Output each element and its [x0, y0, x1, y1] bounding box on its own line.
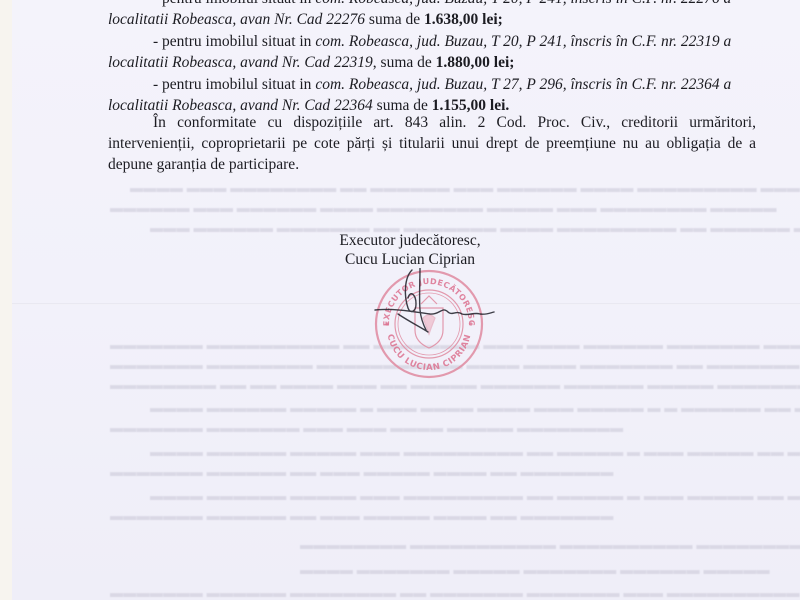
- property-location: com. Robeasca, jud. Buzau, T 20, P 241, …: [315, 0, 731, 7]
- sum-label: , suma de: [373, 54, 436, 71]
- signatory-title: Executor judecătoresc,: [330, 231, 490, 250]
- property-sum: 1.880,00 lei: [436, 54, 510, 71]
- property-intro: - pentru imobilul situat in: [153, 76, 315, 93]
- sum-label: suma de: [365, 11, 424, 28]
- property-location: com. Robeasca, jud. Buzau, T 20, P 241, …: [315, 33, 731, 50]
- punctuation: ;: [509, 54, 514, 71]
- property-location: com. Robeasca, jud. Buzau, T 27, P 296, …: [315, 76, 731, 93]
- property-cadastral: localitatii Robeasca, avan Nr. Cad 22276: [108, 11, 365, 28]
- property-cadastral: localitatii Robeasca, avand Nr. Cad 2231…: [108, 54, 373, 71]
- property-intro: - pentru imobilul situat in: [153, 0, 315, 7]
- signatory-name: Cucu Lucian Ciprian: [330, 250, 490, 269]
- handwritten-signature-icon: [370, 268, 510, 348]
- paragraph-text: În conformitate cu dispozițiile art. 843…: [108, 112, 756, 175]
- property-item-3-line-1: - pentru imobilul situat in com. Robeasc…: [153, 74, 731, 96]
- legal-paragraph: În conformitate cu dispozițiile art. 843…: [108, 112, 756, 175]
- property-item-1-line-2: localitatii Robeasca, avan Nr. Cad 22276…: [108, 9, 503, 31]
- signature-block: Executor judecătoresc, Cucu Lucian Cipri…: [330, 231, 490, 269]
- property-item-2-line-2: localitatii Robeasca, avand Nr. Cad 2231…: [108, 52, 514, 74]
- property-item-2-line-1: - pentru imobilul situat in com. Robeasc…: [153, 31, 731, 53]
- punctuation: ;: [498, 11, 503, 28]
- property-sum: 1.638,00 lei: [424, 11, 498, 28]
- property-intro: - pentru imobilul situat in: [153, 33, 315, 50]
